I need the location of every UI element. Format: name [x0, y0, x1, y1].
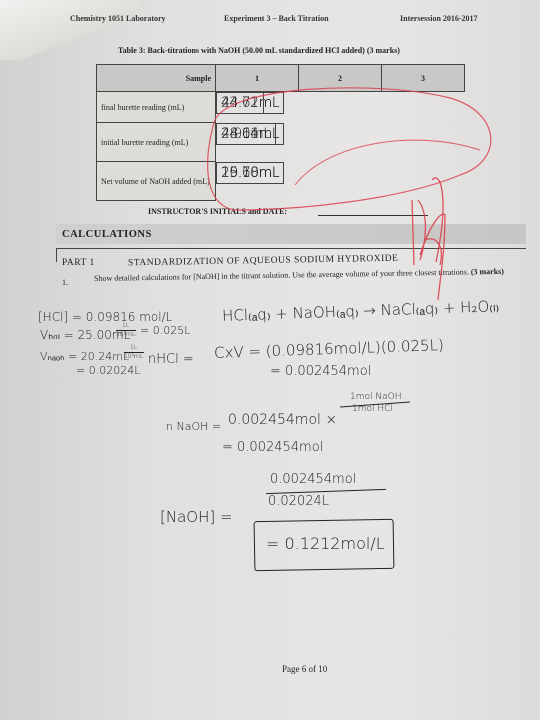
part-divider	[56, 248, 526, 249]
naoh-conc-result: = 0.1212mol/L	[266, 534, 385, 553]
n-naoh-result: = 0.002454mol	[222, 440, 323, 455]
n-hcl-formula: CxV = (0.09816mol/L)(0.025L)	[214, 336, 444, 362]
column-header: 2	[299, 65, 382, 92]
row-label: initial burette reading (mL)	[97, 123, 216, 162]
page-number: Page 6 of 10	[282, 664, 327, 674]
part-label: PART 1	[62, 258, 95, 268]
naoh-volume-result: = 0.02024L	[76, 364, 140, 377]
part-title: STANDARDIZATION OF AQUEOUS SODIUM HYDROX…	[128, 254, 399, 269]
question-text: Show detailed calculations for [NaOH] in…	[94, 266, 524, 284]
table-cell: 43.72	[216, 92, 264, 114]
naoh-conc-numerator: 0.002454mol	[270, 472, 356, 487]
instructor-initials-label: INSTRUCTOR'S INITIALS and DATE:	[148, 207, 287, 216]
column-header: Sample	[97, 65, 216, 92]
table-caption: Table 3: Back-titrations with NaOH (50.0…	[118, 46, 400, 55]
worksheet-page: Chemistry 1051 Laboratory Experiment 3 –…	[0, 0, 540, 720]
table-cell: 15.68mL	[216, 162, 284, 184]
n-hcl-label: nHCl =	[148, 352, 194, 367]
naoh-conc-label: [NaOH] =	[160, 508, 233, 526]
experiment-title: Experiment 3 – Back Titration	[224, 14, 329, 23]
part-bracket	[56, 248, 57, 262]
column-header: 1	[216, 65, 299, 92]
instructor-signature-line	[318, 215, 428, 216]
reaction-equation: HCl₍ₐq₎ + NaOH₍ₐq₎ → NaCl₍ₐq₎ + H₂O₍ₗ₎	[222, 297, 500, 325]
n-hcl-result: = 0.002454mol	[270, 364, 371, 379]
question-marks: (3 marks)	[471, 267, 504, 277]
hcl-frac-num: 1L	[122, 322, 129, 329]
table-row: final burette reading (mL) 24.61mL 44.71…	[97, 92, 465, 123]
table-row: Net volume of NaOH added (mL) 19.70mL 20…	[97, 162, 465, 201]
mole-ratio-numerator: 1mol NaOH	[350, 392, 401, 402]
naoh-volume: Vₙₐₒₕ = 20.24mL ·	[40, 350, 136, 363]
hcl-volume-result: = 0.025L	[140, 324, 190, 337]
row-label: final burette reading (mL)	[97, 92, 216, 123]
mole-ratio-denominator: 1mol HCl	[352, 404, 393, 414]
table-cell: 28.04mL	[216, 123, 284, 145]
calculations-heading: CALCULATIONS	[62, 229, 152, 240]
row-label: Net volume of NaOH added (mL)	[97, 162, 216, 201]
hcl-frac-den: 10³mL	[116, 331, 135, 338]
titration-table: Sample 1 2 3 final burette reading (mL) …	[96, 64, 465, 201]
table-header-row: Sample 1 2 3	[97, 65, 465, 92]
n-naoh-label: n NaOH =	[166, 420, 221, 433]
term-label: Intersession 2016-2017	[400, 14, 478, 23]
column-header: 3	[382, 65, 465, 92]
question-body: Show detailed calculations for [NaOH] in…	[94, 267, 469, 283]
naoh-conc-denominator: 0.02024L	[268, 494, 329, 509]
naoh-frac-den: 10³mL	[124, 353, 143, 360]
hcl-concentration: [HCl] = 0.09816 mol/L	[38, 310, 172, 324]
naoh-frac-num: 1L	[130, 344, 137, 351]
course-title: Chemistry 1051 Laboratory	[70, 14, 166, 23]
n-naoh-expression: 0.002454mol ×	[228, 412, 337, 428]
table-row: initial burette reading (mL) 4.91mL 24.6…	[97, 123, 465, 162]
question-number: 1.	[62, 278, 68, 287]
